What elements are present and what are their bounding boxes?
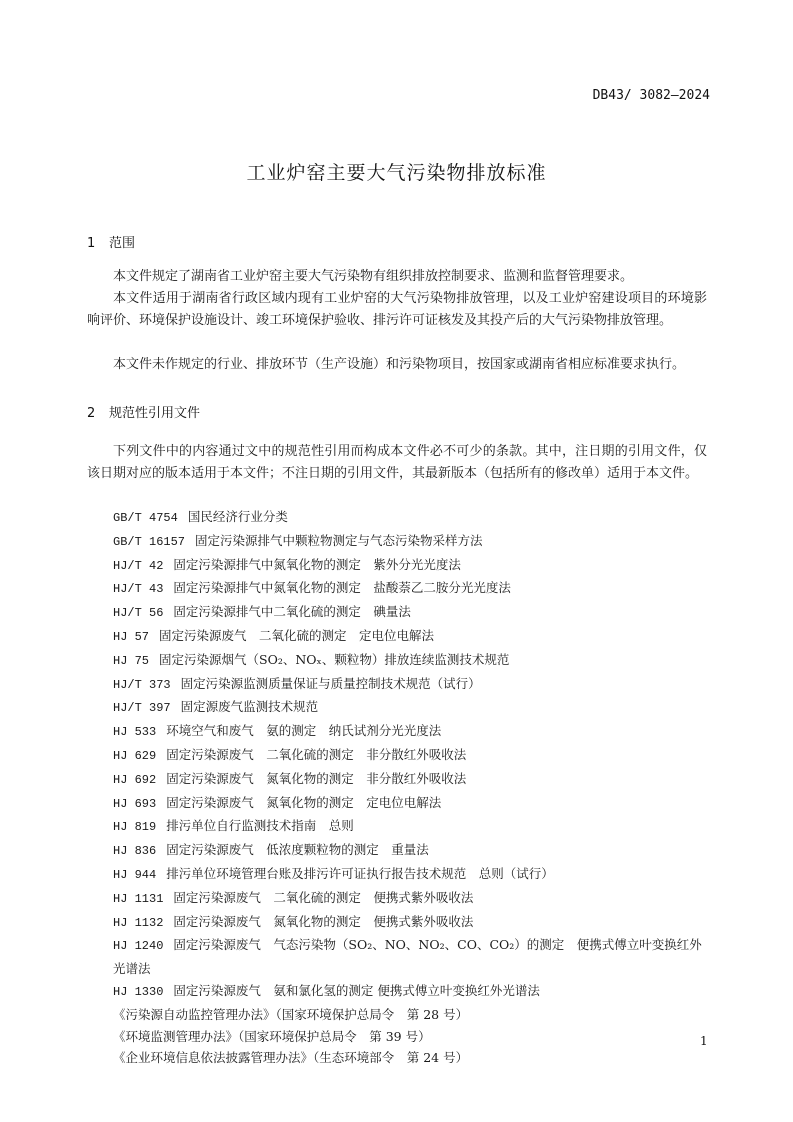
reference-item: HJ 1132固定污染源废气 氮氧化物的测定 便携式紫外吸收法 — [113, 911, 713, 935]
section-number: 1 — [87, 236, 109, 251]
reference-item: HJ 944排污单位环境管理台账及排污许可证执行报告技术规范 总则（试行） — [113, 863, 713, 887]
paragraph: 本文件规定了湖南省工业炉窑主要大气污染物有组织排放控制要求、监测和监督管理要求。 — [87, 266, 707, 288]
reference-item: HJ 1330固定污染源废气 氨和氯化氢的测定 便携式傅立叶变换红外光谱法 — [113, 980, 713, 1004]
reference-item: GB/T 4754国民经济行业分类 — [113, 506, 713, 530]
reference-item: HJ/T 397固定源废气监测技术规范 — [113, 696, 713, 720]
reference-item: 《污染源自动监控管理办法》（国家环境保护总局令 第 28 号） — [113, 1004, 713, 1026]
reference-item: HJ/T 56固定污染源排气中二氧化硫的测定 碘量法 — [113, 601, 713, 625]
paragraph: 下列文件中的内容通过文中的规范性引用而构成本文件必不可少的条款。其中，注日期的引… — [87, 441, 707, 485]
document-code: DB43/ 3082—2024 — [593, 88, 710, 103]
section-title: 范围 — [109, 236, 135, 251]
section-heading-scope: 1范围 — [87, 232, 135, 251]
section-heading-normative-references: 2规范性引用文件 — [87, 402, 200, 421]
document-title: 工业炉窑主要大气污染物排放标准 — [0, 158, 793, 185]
reference-item: HJ 57固定污染源废气 二氧化硫的测定 定电位电解法 — [113, 625, 713, 649]
reference-item: HJ 819排污单位自行监测技术指南 总则 — [113, 815, 713, 839]
section-title: 规范性引用文件 — [109, 406, 200, 421]
reference-item: HJ/T 43固定污染源排气中氮氧化物的测定 盐酸萘乙二胺分光光度法 — [113, 577, 713, 601]
reference-item: HJ 75固定污染源烟气（SO₂、NOₓ、颗粒物）排放连续监测技术规范 — [113, 649, 713, 673]
reference-item: HJ/T 373固定污染源监测质量保证与质量控制技术规范（试行） — [113, 673, 713, 697]
paragraph: 本文件适用于湖南省行政区域内现有工业炉窑的大气污染物排放管理，以及工业炉窑建设项… — [87, 288, 707, 332]
section-number: 2 — [87, 406, 109, 421]
paragraph: 本文件未作规定的行业、排放环节（生产设施）和污染物项目，按国家或湖南省相应标准要… — [87, 354, 707, 376]
reference-item: GB/T 16157固定污染源排气中颗粒物测定与气态污染物采样方法 — [113, 530, 713, 554]
reference-item: 《企业环境信息依法披露管理办法》（生态环境部令 第 24 号） — [113, 1047, 713, 1069]
reference-item: HJ 1240固定污染源废气 气态污染物（SO₂、NO、NO₂、CO、CO₂）的… — [113, 934, 713, 980]
reference-item: 《环境监测管理办法》（国家环境保护总局令 第 39 号） — [113, 1026, 713, 1048]
reference-item: HJ 1131固定污染源废气 二氧化硫的测定 便携式紫外吸收法 — [113, 887, 713, 911]
reference-item: HJ 836固定污染源废气 低浓度颗粒物的测定 重量法 — [113, 839, 713, 863]
reference-item: HJ 629固定污染源废气 二氧化硫的测定 非分散红外吸收法 — [113, 744, 713, 768]
reference-list: GB/T 4754国民经济行业分类 GB/T 16157固定污染源排气中颗粒物测… — [113, 506, 713, 1069]
page-number: 1 — [700, 1034, 708, 1048]
reference-item: HJ 693固定污染源废气 氮氧化物的测定 定电位电解法 — [113, 792, 713, 816]
reference-item: HJ/T 42固定污染源排气中氮氧化物的测定 紫外分光光度法 — [113, 554, 713, 578]
reference-item: HJ 692固定污染源废气 氮氧化物的测定 非分散红外吸收法 — [113, 768, 713, 792]
reference-item: HJ 533环境空气和废气 氨的测定 纳氏试剂分光光度法 — [113, 720, 713, 744]
